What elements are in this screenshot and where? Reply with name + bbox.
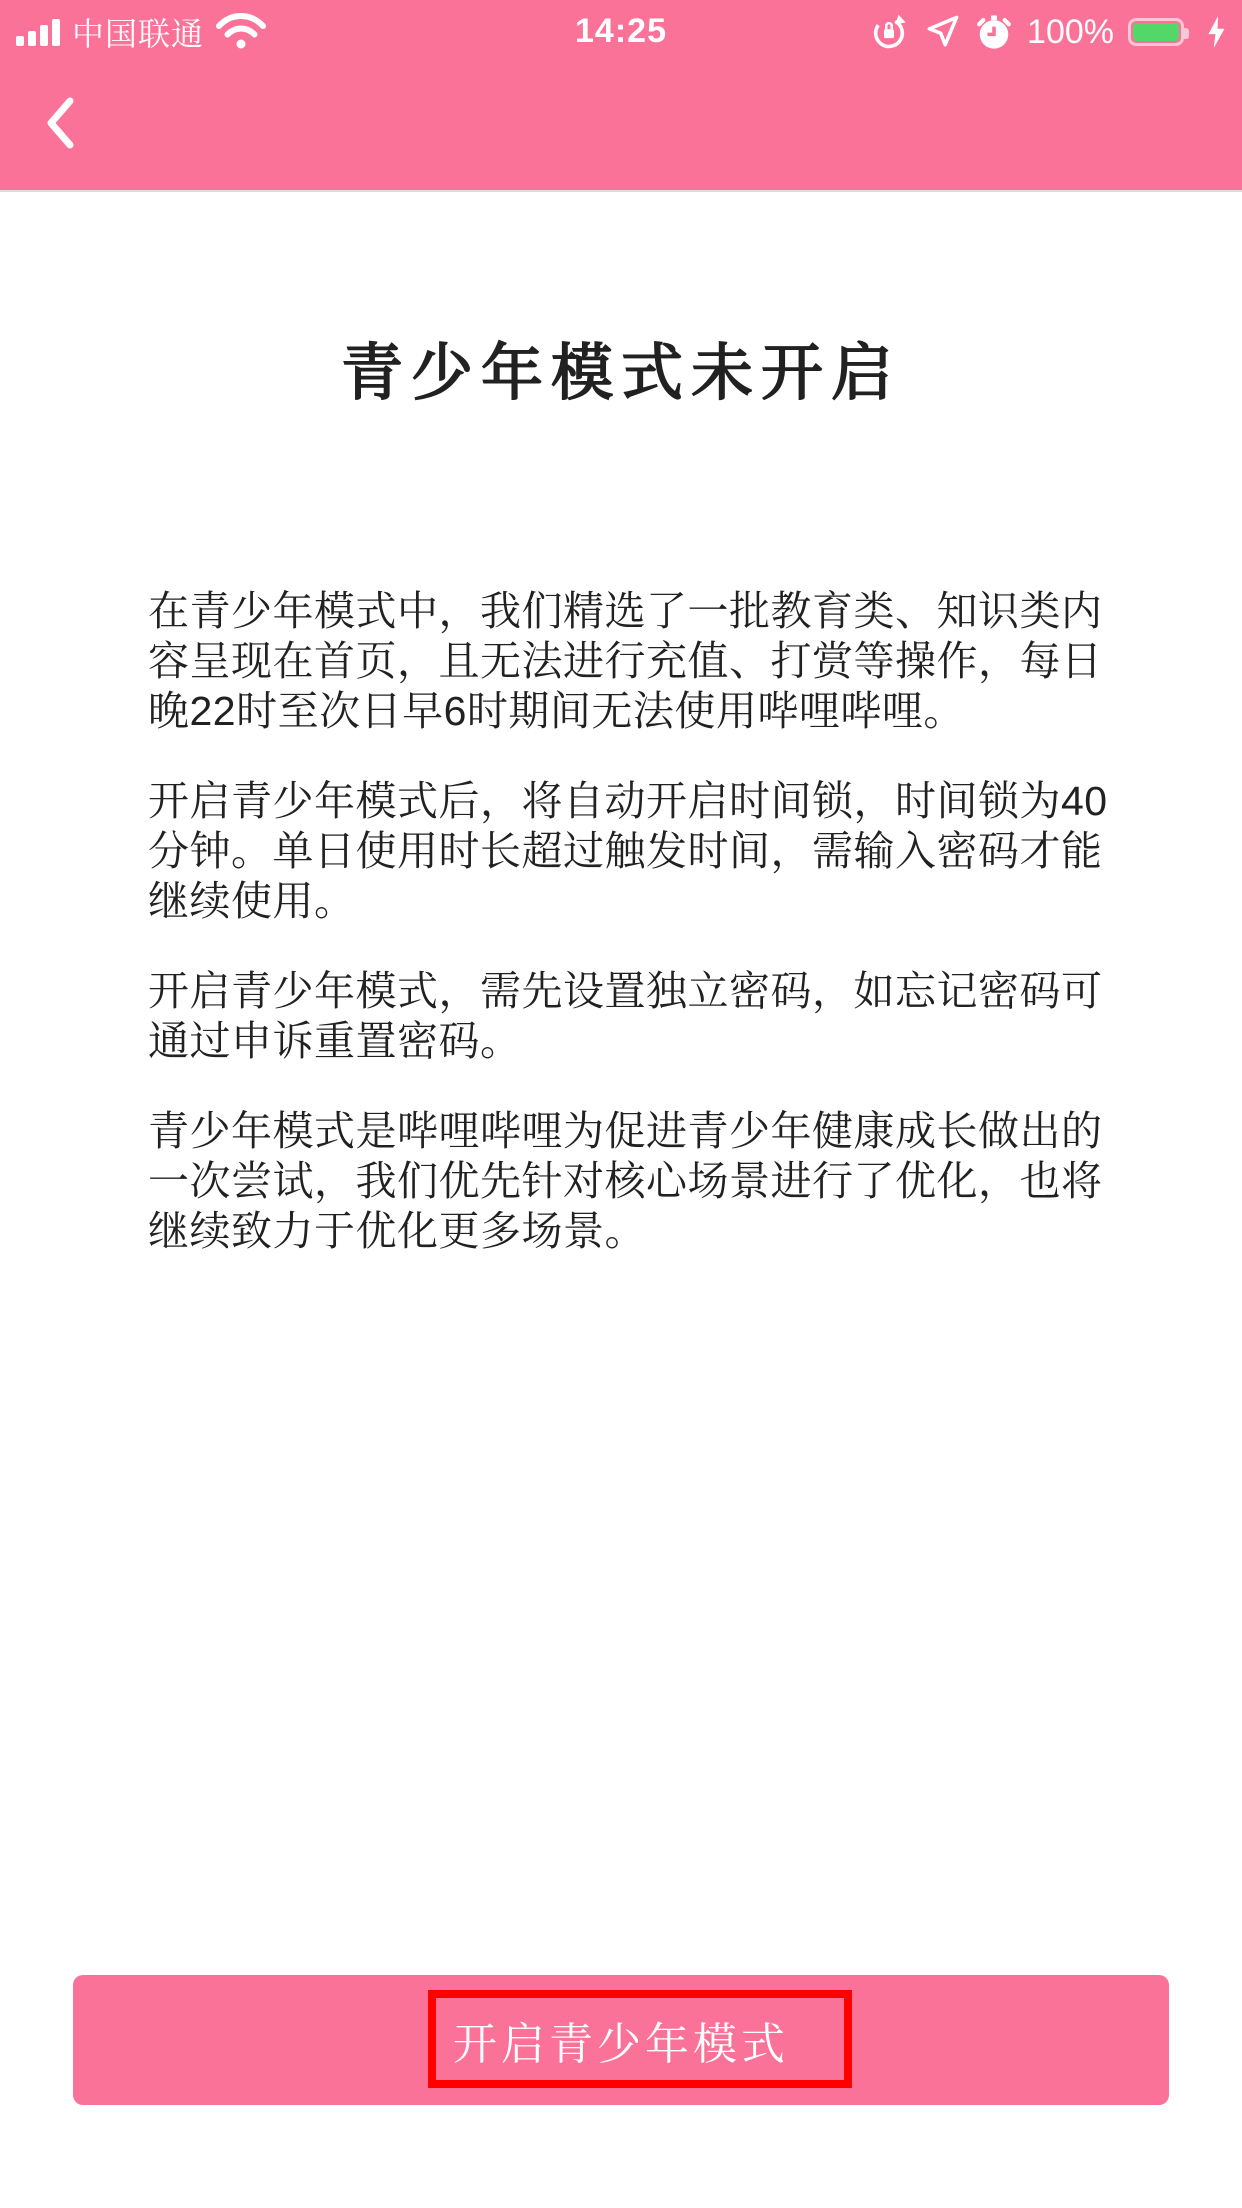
location-icon [923, 13, 961, 51]
orientation-lock-icon [869, 12, 909, 52]
battery-percent-label: 100% [1027, 13, 1114, 52]
battery-icon [1128, 18, 1184, 46]
battery-fill [1133, 23, 1179, 41]
description-paragraph-3: 开启青少年模式，需先设置独立密码，如忘记密码可 通过申诉重置密码。 [148, 966, 1148, 1066]
battery-nub [1184, 28, 1189, 39]
description-text-block: 在青少年模式中，我们精选了一批教育类、知识类内 容呈现在首页，且无法进行充值、打… [0, 586, 1242, 1256]
enable-teen-mode-button[interactable]: 开启青少年模式 [73, 1975, 1169, 2105]
app-header: 中国联通 14:25 [0, 0, 1242, 192]
chevron-left-icon [42, 94, 78, 152]
description-paragraph-1: 在青少年模式中，我们精选了一批教育类、知识类内 容呈现在首页，且无法进行充值、打… [148, 586, 1148, 736]
description-paragraph-2: 开启青少年模式后，将自动开启时间锁，时间锁为40 分钟。单日使用时长超过触发时间… [148, 776, 1148, 926]
charging-bolt-icon [1206, 16, 1228, 48]
clock-time: 14:25 [575, 12, 667, 51]
alarm-icon [975, 13, 1013, 51]
status-bar-right: 100% [869, 8, 1228, 56]
enable-teen-mode-button-label: 开启青少年模式 [453, 2008, 789, 2072]
page-content: 青少年模式未开启 在青少年模式中，我们精选了一批教育类、知识类内 容呈现在首页，… [0, 192, 1242, 1296]
page-title: 青少年模式未开启 [0, 340, 1242, 408]
signal-strength-icon [16, 17, 60, 47]
back-button[interactable] [42, 88, 102, 158]
description-paragraph-4: 青少年模式是哔哩哔哩为促进青少年健康成长做出的 一次尝试，我们优先针对核心场景进… [148, 1106, 1148, 1256]
phone-screen: 中国联通 14:25 [0, 0, 1242, 2208]
wifi-icon [216, 13, 266, 51]
status-bar: 中国联通 14:25 [0, 8, 1242, 56]
carrier-label: 中国联通 [72, 9, 204, 55]
status-bar-left: 中国联通 [16, 8, 266, 56]
